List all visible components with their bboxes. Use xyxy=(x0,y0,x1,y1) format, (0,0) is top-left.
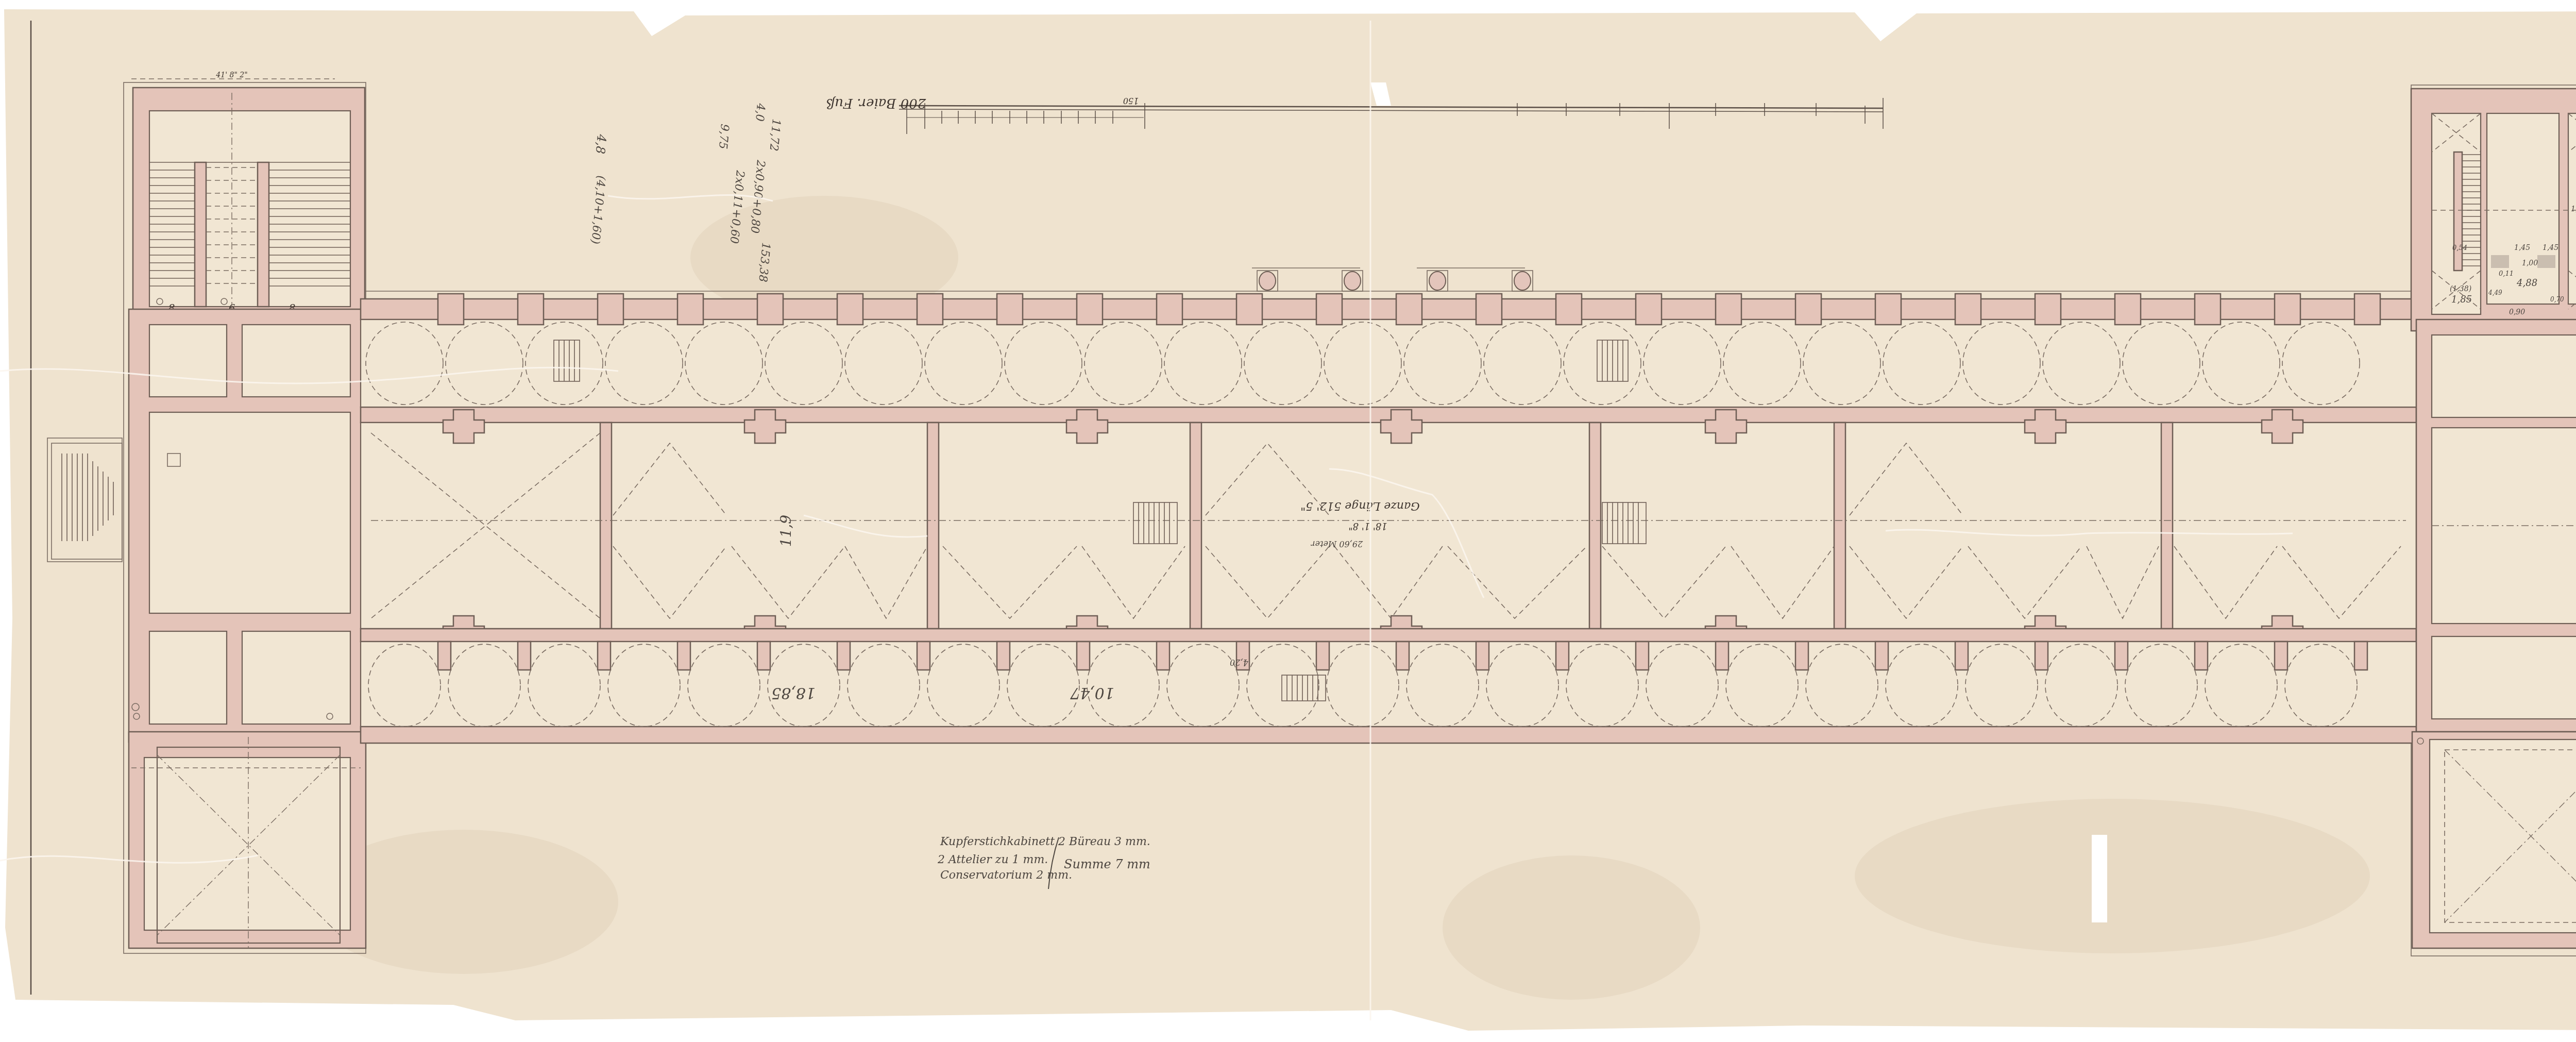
scale-label: 200 Baier. Fuß xyxy=(826,95,926,111)
total-length-note: Ganze Länge 512' 5" xyxy=(1300,499,1420,512)
right-wing-upper: 1,45 1,45 1,00 0,43 0,11 4,88 2,92 1,92 … xyxy=(2411,89,2576,331)
pencil-note: 4,0 xyxy=(753,102,767,122)
program-line-2: 2 Attelier zu 1 mm. xyxy=(937,853,1048,866)
south-bay-row: 18,85 10,47 4,20 xyxy=(361,629,2416,743)
dim-right-1-85: 1,85 xyxy=(2451,294,2472,305)
room-note-4-20: 4,20 xyxy=(1230,658,1249,667)
dim-right-0-90: 0,90 xyxy=(2509,308,2525,316)
north-bay-row xyxy=(361,299,2416,423)
program-line-1: Kupferstichkabinett 2 Büreau 3 mm. xyxy=(940,835,1150,848)
pencil-note: 4,8 xyxy=(593,133,609,154)
center-dimension: 18' 1' 8" xyxy=(1348,520,1387,531)
left-wing-upper: 41' 8" 2" 8 6 8 xyxy=(131,71,365,314)
dim-right-0-11: 0,11 xyxy=(2499,270,2514,278)
west-end-block xyxy=(129,298,366,742)
room-note-18-85: 18,85 xyxy=(771,684,816,702)
right-wing-lower xyxy=(2412,732,2576,948)
dim-right-0-54: 0,54 xyxy=(2452,244,2467,252)
left-wing-lower xyxy=(129,703,366,948)
dim-left-wing-top: 41' 8" 2" xyxy=(215,71,247,79)
central-hall: Ganze Länge 512' 5" 18' 1' 8" 29,60 Mete… xyxy=(361,410,2416,649)
dim-right-1-00b: 1,00 xyxy=(2571,205,2576,213)
corridor-note: 11,9 xyxy=(777,515,794,547)
dim-right-4-88: 4,88 xyxy=(2516,278,2537,289)
dim-right-4-49: 4,49 xyxy=(2488,289,2502,296)
dim-right-1-45a: 1,45 xyxy=(2514,244,2530,252)
pencil-note: 9,75 xyxy=(716,123,731,149)
program-total: Summe 7 mm xyxy=(1064,857,1150,871)
dim-right-1-00: 1,00 xyxy=(2522,259,2538,267)
floor-plan-sheet: 200 Baier. Fuß 150 4,8 (4,10+1,60) 9,75 … xyxy=(0,0,2576,1042)
dim-right-1-45b: 1,45 xyxy=(2543,244,2558,252)
east-end-block xyxy=(2416,320,2576,732)
room-note-10-47: 10,47 xyxy=(1070,684,1114,702)
center-sub-note: 29,60 Meter xyxy=(1311,539,1364,549)
scale-end-label: 150 xyxy=(1123,96,1139,106)
program-line-3: Conservatorium 2 mm. xyxy=(940,869,1072,882)
dim-right-0-70: 0,70 xyxy=(2550,296,2564,303)
dim-right-1-38: (1,38) xyxy=(2450,285,2471,293)
